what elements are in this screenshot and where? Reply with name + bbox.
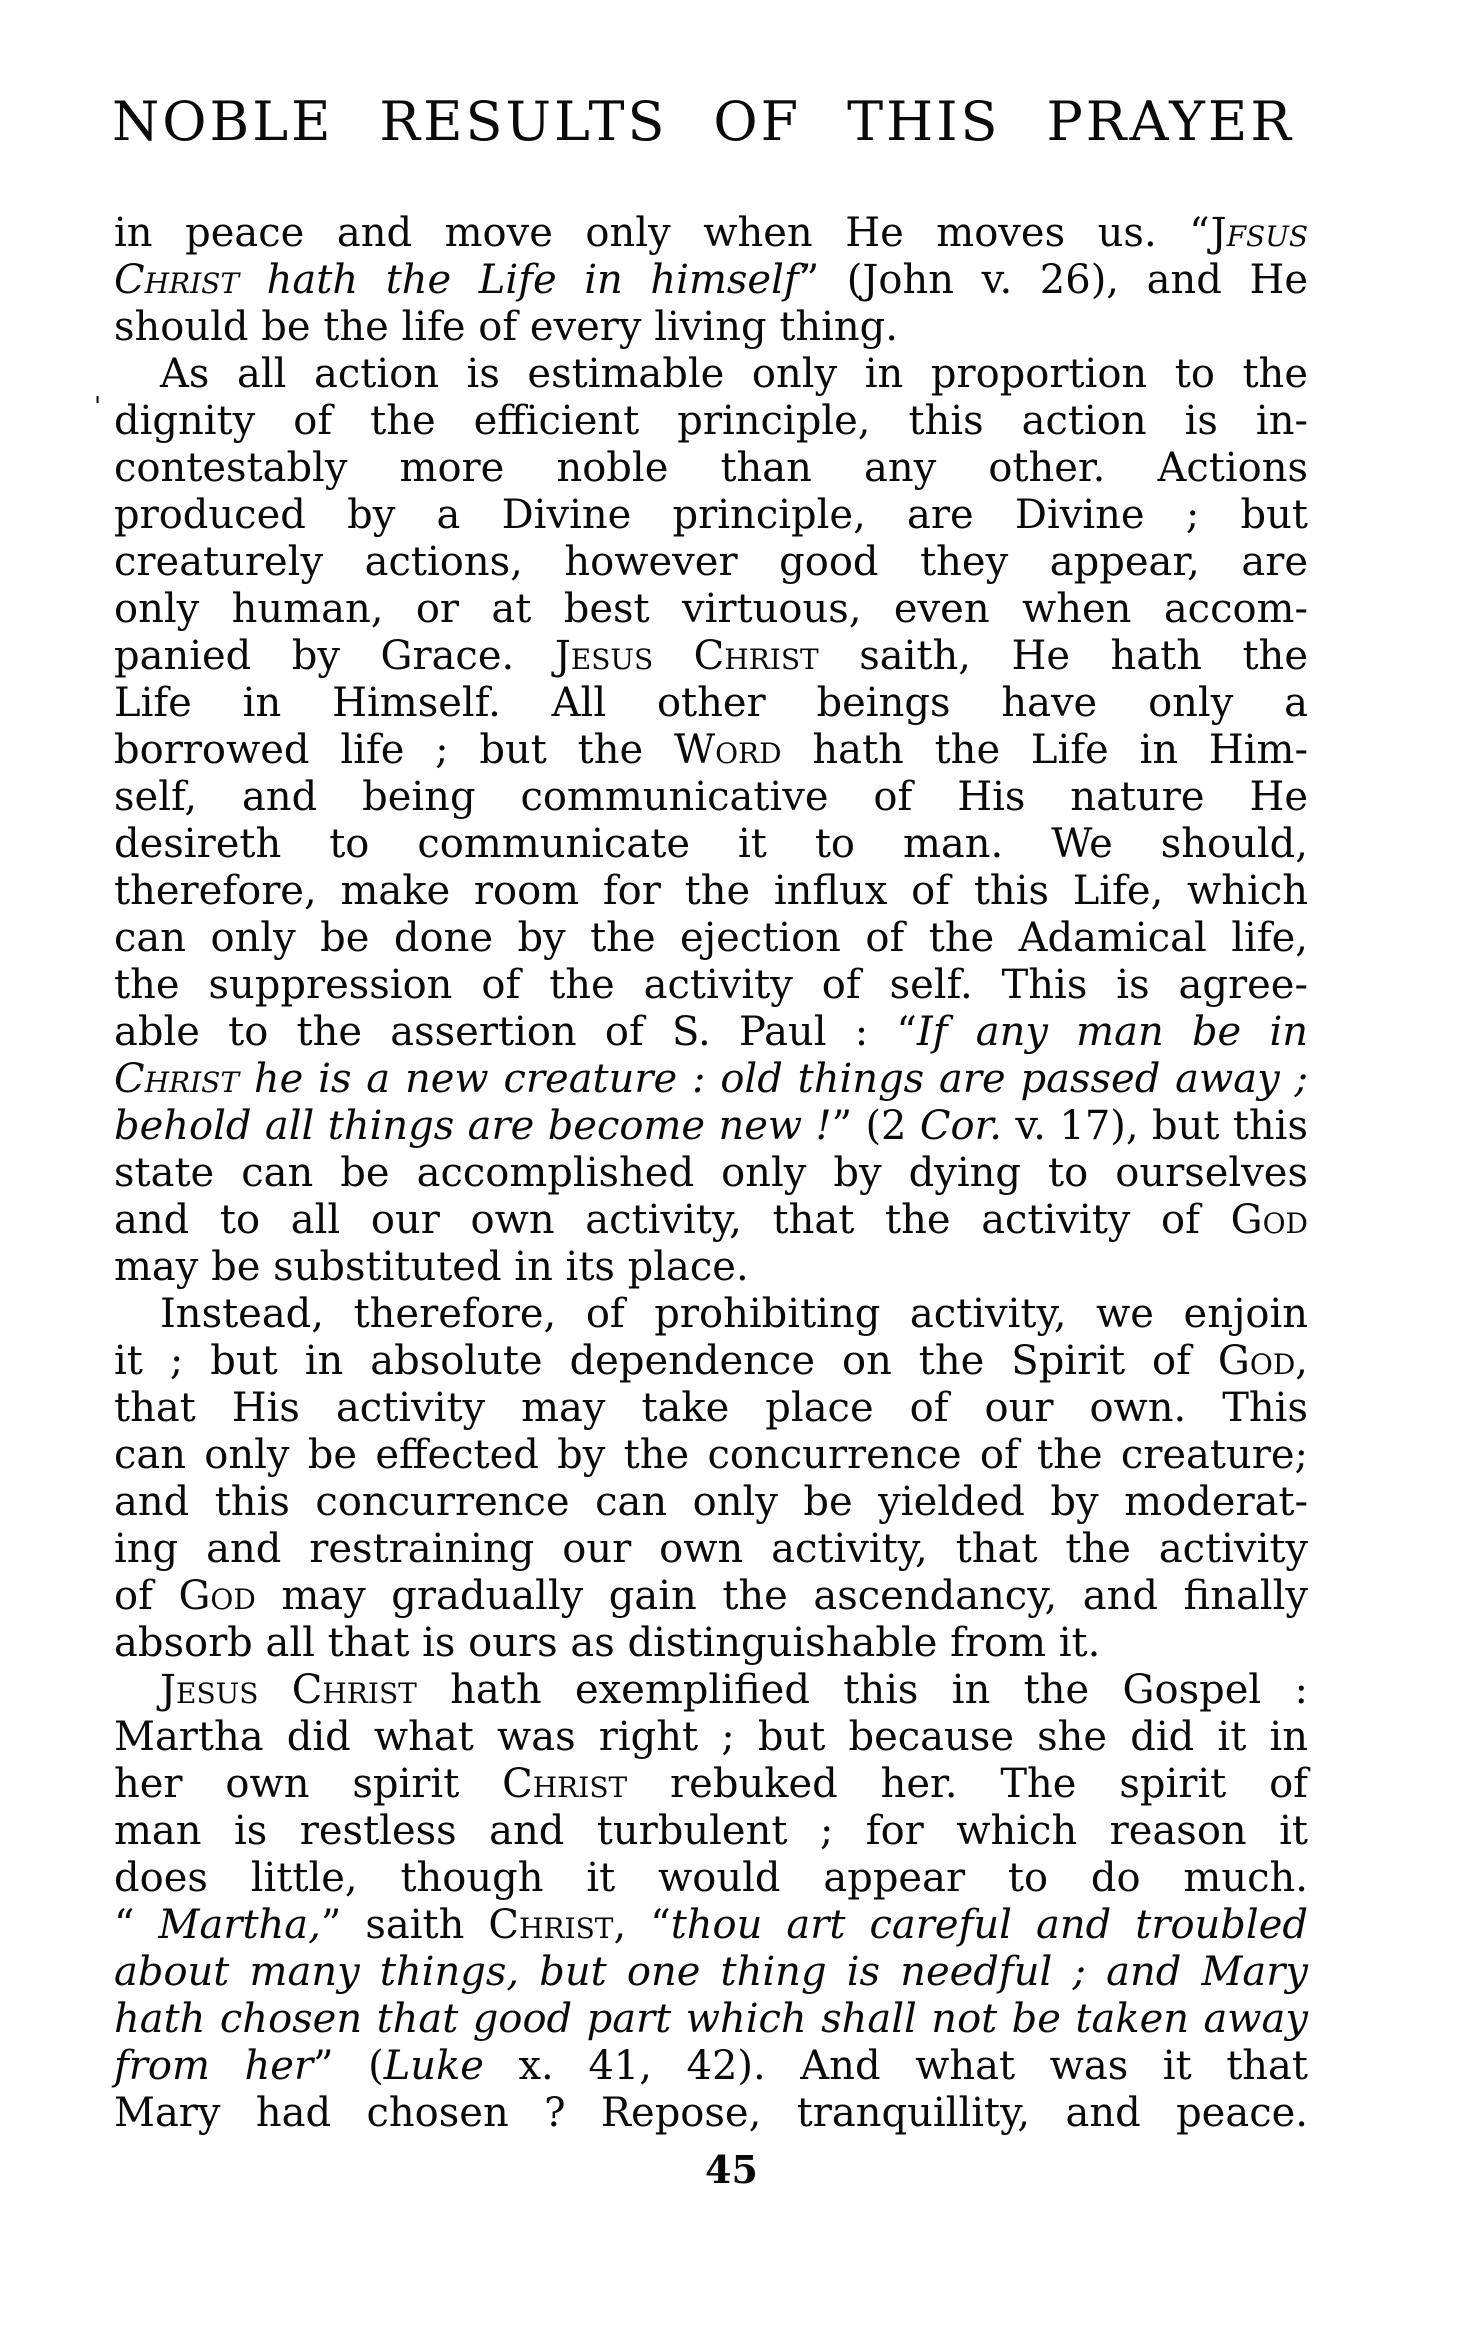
text-line: can only be done by the ejection of the … (114, 915, 1308, 962)
text-line: “ Martha,” saith Christ, “thou art caref… (114, 1902, 1308, 1949)
text-span: self, and being communicative of His nat… (114, 774, 1308, 820)
text-span: creaturely actions, however good they ap… (114, 539, 1308, 585)
body-text: in peace and move only when He moves us.… (114, 210, 1308, 2137)
text-line: borrowed life ; but the Word hath the Li… (114, 727, 1308, 774)
text-span: rebuked her. The spirit of (627, 1761, 1308, 1807)
text-line: absorb all that is ours as distinguishab… (114, 1620, 1308, 1667)
text-span: ” saith (321, 1902, 489, 1948)
text-span: only human, or at best virtuous, even wh… (114, 586, 1308, 632)
text-span: it ; but in absolute dependence on the S… (114, 1338, 1218, 1384)
text-line: may be substituted in its place. (114, 1244, 1308, 1291)
text-span-italic: hath chosen that good part which shall n… (114, 1996, 1308, 2042)
text-span-small-caps: Word (674, 727, 782, 773)
text-line: should be the life of every living thing… (114, 304, 1308, 351)
text-span: Instead, therefore, of prohibiting activ… (160, 1291, 1308, 1337)
text-span: Life in Himself. All other beings have o… (114, 680, 1308, 726)
text-line: produced by a Divine principle, are Divi… (114, 492, 1308, 539)
text-line: from her” (Luke x. 41, 42). And what was… (114, 2043, 1308, 2090)
text-span: borrowed life ; but the (114, 727, 674, 773)
text-line: does little, though it would appear to d… (114, 1855, 1308, 1902)
text-span: “ (114, 1902, 159, 1948)
text-line: panied by Grace. Jesus Christ saith, He … (114, 633, 1308, 680)
text-line: Life in Himself. All other beings have o… (114, 680, 1308, 727)
text-line: about many things, but one thing is need… (114, 1949, 1308, 1996)
text-span: of (114, 1573, 178, 1619)
text-line: only human, or at best virtuous, even wh… (114, 586, 1308, 633)
text-span: As all action is estimable only in propo… (160, 351, 1308, 397)
text-line: that His activity may take place of our … (114, 1385, 1308, 1432)
text-line: her own spirit Christ rebuked her. The s… (114, 1761, 1308, 1808)
text-line: Instead, therefore, of prohibiting activ… (114, 1291, 1308, 1338)
book-page: NOBLE RESULTS OF THIS PRAYER ' in peace … (0, 0, 1463, 2331)
text-span: should be the life of every living thing… (114, 304, 898, 350)
text-line: Christ hath the Life in himself” (John v… (114, 257, 1308, 304)
text-line: contestably more noble than any other. A… (114, 445, 1308, 492)
text-span-small-caps: Christ (502, 1761, 627, 1807)
text-line: able to the assertion of S. Paul : “If a… (114, 1009, 1308, 1056)
text-span: can only be done by the ejection of the … (114, 915, 1308, 961)
text-line: state can be accomplished only by dying … (114, 1150, 1308, 1197)
text-line: in peace and move only when He moves us.… (114, 210, 1308, 257)
text-span: v. 17), but this (1002, 1103, 1308, 1149)
text-span-small-caps: Christ (488, 1902, 613, 1948)
text-line: Martha did what was right ; but because … (114, 1714, 1308, 1761)
text-span: absorb all that is ours as distinguishab… (114, 1620, 1100, 1666)
text-span: the suppression of the activity of self.… (114, 962, 1308, 1008)
text-line: desireth to communicate it to man. We sh… (114, 821, 1308, 868)
text-line: man is restless and turbulent ; for whic… (114, 1808, 1308, 1855)
text-span-italic: Luke (384, 2043, 484, 2089)
text-span-italic: behold all things are become new ! (114, 1103, 832, 1149)
text-span: does little, though it would appear to d… (114, 1855, 1308, 1901)
text-line: behold all things are become new !” (2 C… (114, 1103, 1308, 1150)
text-line: it ; but in absolute dependence on the S… (114, 1338, 1308, 1385)
text-span: man is restless and turbulent ; for whic… (114, 1808, 1308, 1854)
stray-ink-mark: ' (94, 394, 101, 420)
text-line: Mary had chosen ? Repose, tranquillity, … (114, 2090, 1308, 2137)
text-line: Christ he is a new creature : old things… (114, 1056, 1308, 1103)
text-span-small-caps: God (178, 1573, 255, 1619)
text-span: Mary had chosen ? Repose, tranquillity, … (114, 2090, 1308, 2136)
text-span: Martha did what was right ; but because … (114, 1714, 1308, 1760)
text-span: may gradually gain the ascendancy, and f… (256, 1573, 1308, 1619)
text-span-italic: he is a new creature : old things are pa… (239, 1056, 1308, 1102)
text-line: therefore, make room for the influx of t… (114, 868, 1308, 915)
text-line: dignity of the efficient principle, this… (114, 398, 1308, 445)
text-span: can only be effected by the concurrence … (114, 1432, 1308, 1478)
text-span-italic-small-caps: fsus (1227, 210, 1308, 256)
text-span-italic: Cor. (920, 1103, 1002, 1149)
text-span: state can be accomplished only by dying … (114, 1150, 1308, 1196)
text-span: dignity of the efficient principle, this… (114, 398, 1308, 444)
text-span-italic-small-caps: Christ (114, 1056, 239, 1102)
text-span: able to the assertion of S. Paul : “ (114, 1009, 917, 1055)
text-line: creaturely actions, however good they ap… (114, 539, 1308, 586)
text-span: ing and restraining our own activity, th… (114, 1526, 1308, 1572)
text-span: that His activity may take place of our … (114, 1385, 1308, 1431)
running-head: NOBLE RESULTS OF THIS PRAYER (112, 92, 1294, 152)
text-line: and this concurrence can only be yielded… (114, 1479, 1308, 1526)
text-line: of God may gradually gain the ascendancy… (114, 1573, 1308, 1620)
text-span-italic: from her (114, 2043, 313, 2089)
text-span: and this concurrence can only be yielded… (114, 1479, 1308, 1525)
text-span: panied by Grace. (114, 633, 555, 679)
text-line: As all action is estimable only in propo… (114, 351, 1308, 398)
text-span: therefore, make room for the influx of t… (114, 868, 1308, 914)
text-span-italic: about many things, but one thing is need… (114, 1949, 1308, 1995)
text-span-small-caps: God (1231, 1197, 1308, 1243)
text-span: hath exemplified this in the Gospel : (417, 1667, 1308, 1713)
text-line: the suppression of the activity of self.… (114, 962, 1308, 1009)
text-line: ing and restraining our own activity, th… (114, 1526, 1308, 1573)
text-span-italic: hath the Life in himself (239, 257, 799, 303)
text-span: , (1295, 1338, 1308, 1384)
text-line: self, and being communicative of His nat… (114, 774, 1308, 821)
text-span: and to all our own activity, that the ac… (114, 1197, 1231, 1243)
text-span-italic: If any man be in (917, 1009, 1308, 1055)
text-span: contestably more noble than any other. A… (114, 445, 1308, 491)
text-span: ” (2 (832, 1103, 920, 1149)
text-span-italic: Martha, (159, 1902, 321, 1948)
text-span: her own spirit (114, 1761, 502, 1807)
text-span-small-caps: God (1218, 1338, 1295, 1384)
text-span: in peace and move only when He moves us.… (114, 210, 1227, 256)
text-span: , “ (613, 1902, 670, 1948)
text-span: saith, He hath the (819, 633, 1308, 679)
text-span-italic: thou art careful and troubled (671, 1902, 1308, 1948)
text-line: and to all our own activity, that the ac… (114, 1197, 1308, 1244)
text-span-italic-small-caps: Christ (114, 257, 239, 303)
text-span: may be substituted in its place. (114, 1244, 749, 1290)
text-span-small-caps: Jesus Christ (160, 1667, 417, 1713)
page-number: 45 (0, 2150, 1463, 2190)
text-line: hath chosen that good part which shall n… (114, 1996, 1308, 2043)
text-line: can only be effected by the concurrence … (114, 1432, 1308, 1479)
text-span: produced by a Divine principle, are Divi… (114, 492, 1308, 538)
text-span: x. 41, 42). And what was it that (484, 2043, 1308, 2089)
text-span: hath the Life in Him- (782, 727, 1308, 773)
text-span: desireth to communicate it to man. We sh… (114, 821, 1308, 867)
text-line: Jesus Christ hath exemplified this in th… (114, 1667, 1308, 1714)
text-span: ” (John v. 26), and He (799, 257, 1308, 303)
text-span: ” ( (313, 2043, 384, 2089)
text-span-small-caps: Jesus Christ (555, 633, 819, 679)
